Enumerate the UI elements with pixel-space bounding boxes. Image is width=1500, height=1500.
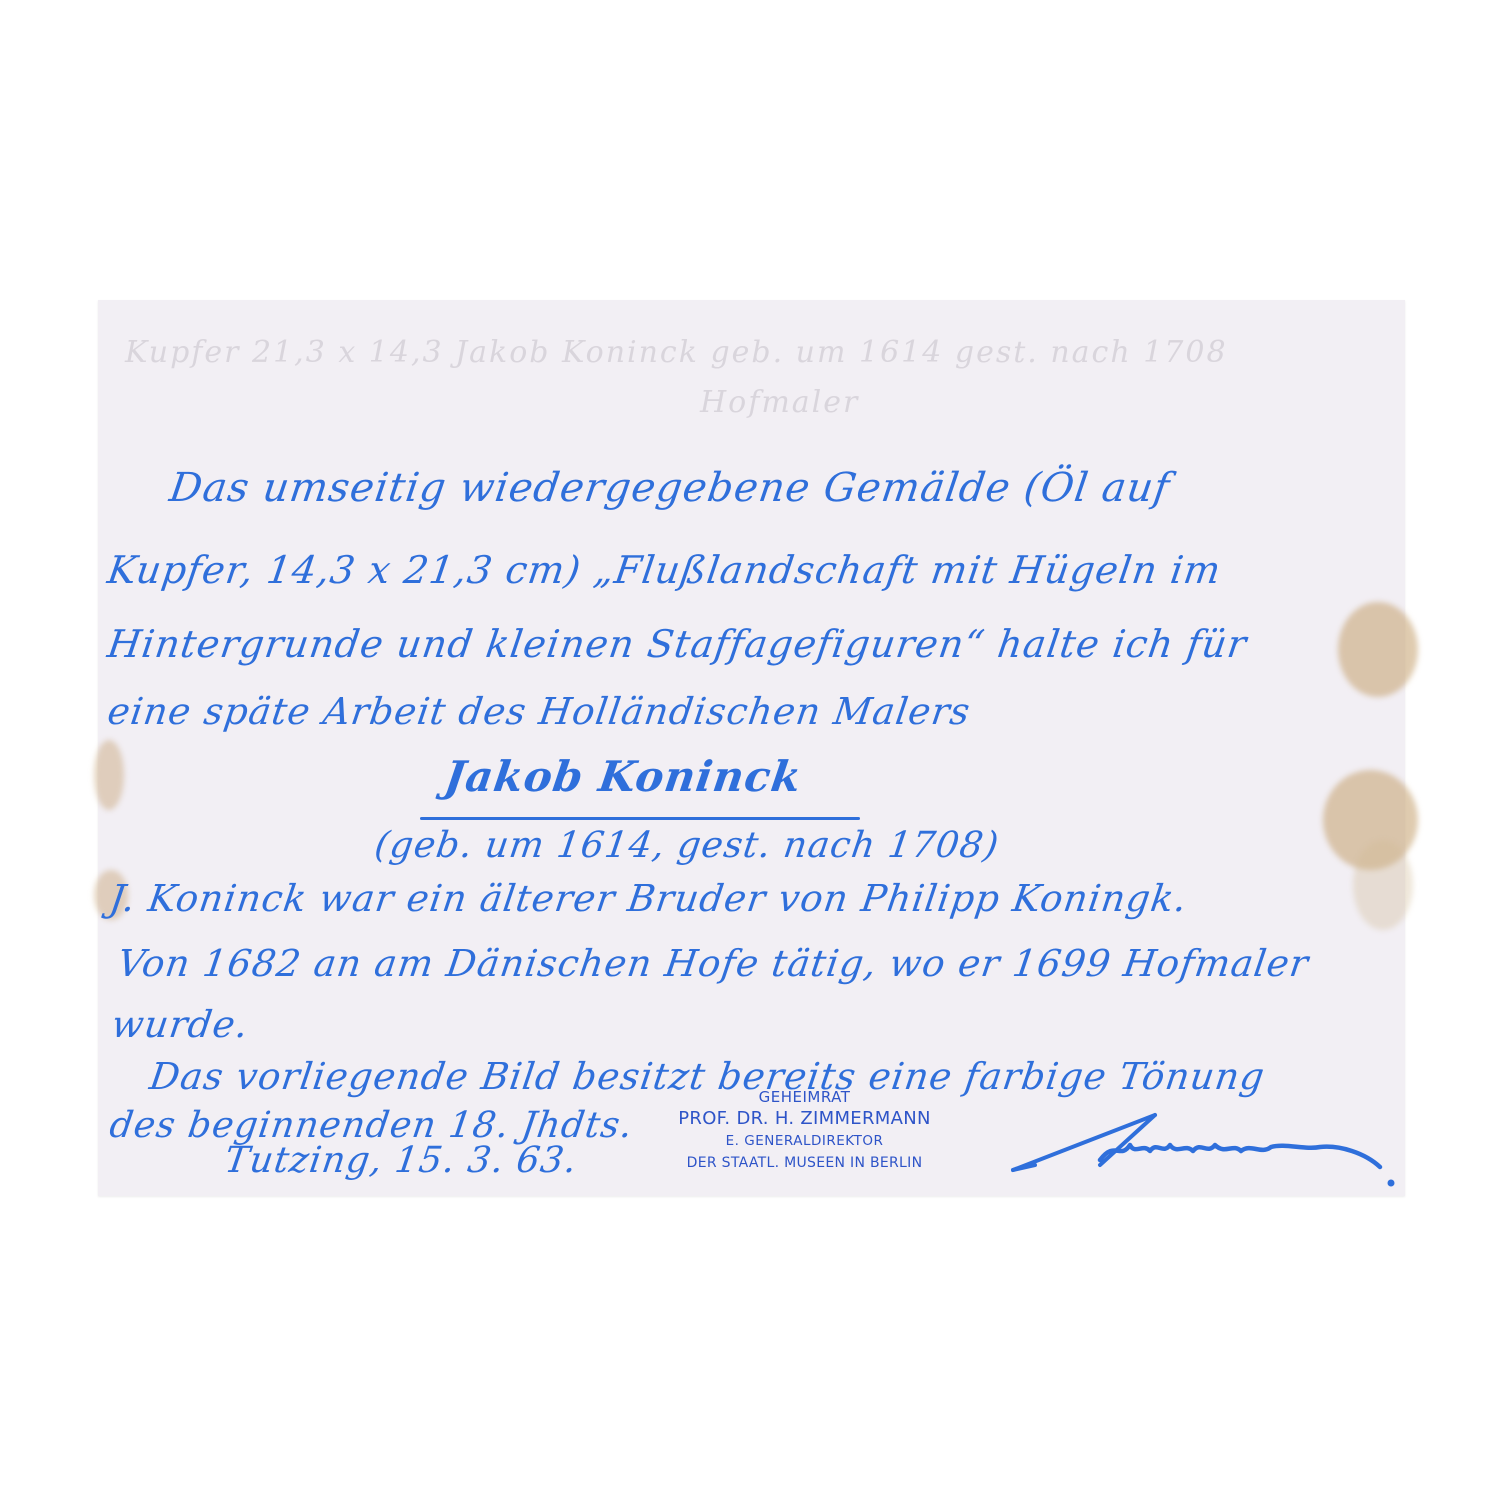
- handwriting-line-2: Kupfer, 14,3 x 21,3 cm) „Flußlandschaft …: [105, 548, 1224, 592]
- artist-name: Jakob Koninck: [442, 752, 805, 801]
- stamp-position: E. GENERALDIREKTOR: [647, 1130, 962, 1152]
- stamp-institution: DER STAATL. MUSEEN IN BERLIN: [647, 1152, 962, 1174]
- handwriting-line-4: eine späte Arbeit des Holländischen Male…: [105, 690, 973, 733]
- handwriting-line-9: wurde.: [109, 1003, 252, 1046]
- stain-right-top: [1338, 602, 1418, 697]
- signature: [1005, 1085, 1405, 1195]
- handwriting-line-1: Das umseitig wiedergegebene Gemälde (Öl …: [167, 465, 1173, 511]
- artist-name-underline: [420, 817, 860, 820]
- place-date: Tutzing, 15. 3. 63.: [222, 1140, 580, 1181]
- stain-right-bottom: [1353, 840, 1413, 930]
- stain-left-top: [94, 740, 124, 810]
- stamp-name: PROF. DR. H. ZIMMERMANN: [647, 1108, 962, 1130]
- handwriting-line-3: Hintergrunde und kleinen Staffagefiguren…: [105, 622, 1250, 666]
- stamp-title: GEHEIMRAT: [647, 1086, 962, 1108]
- pencil-note-line1: Kupfer 21,3 x 14,3 Jakob Koninck geb. um…: [125, 335, 1228, 370]
- official-stamp: GEHEIMRAT PROF. DR. H. ZIMMERMANN E. GEN…: [647, 1086, 962, 1174]
- artist-dates: (geb. um 1614, gest. nach 1708): [372, 825, 1002, 866]
- handwriting-line-7: J. Koninck war ein älterer Bruder von Ph…: [107, 877, 1190, 920]
- handwriting-line-8: Von 1682 an am Dänischen Hofe tätig, wo …: [115, 942, 1312, 985]
- pencil-note-line2: Hofmaler: [700, 385, 859, 420]
